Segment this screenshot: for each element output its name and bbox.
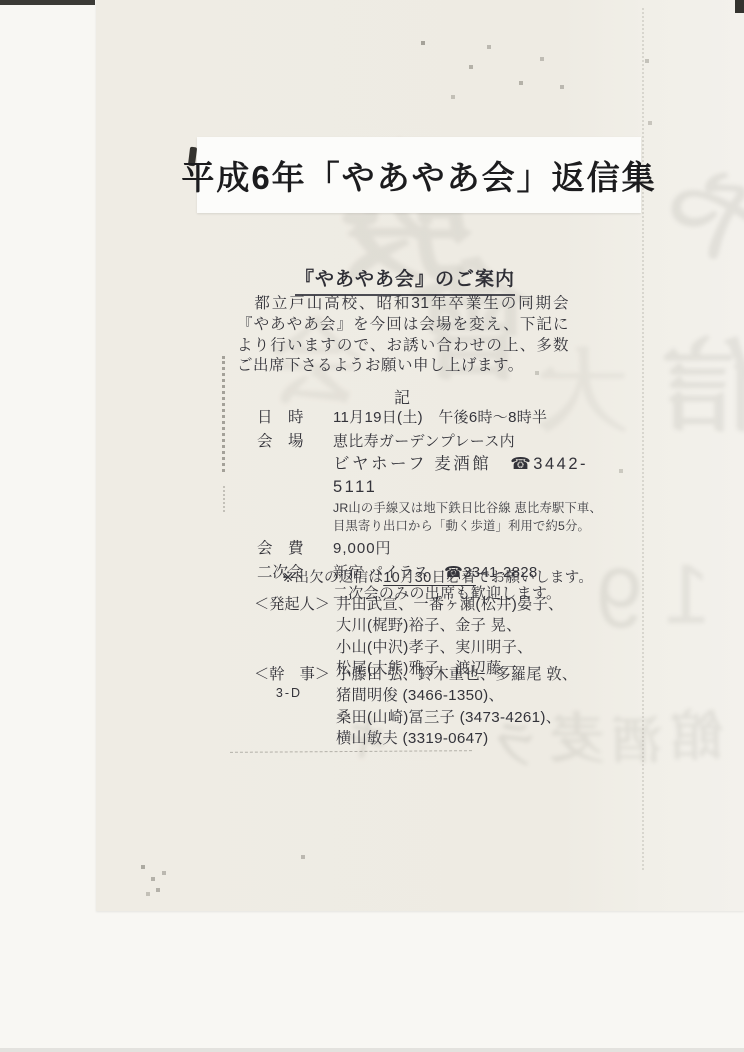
detail-row-fee: 会 費 9,000円 [257, 538, 607, 559]
copy-dot-streak [642, 8, 644, 870]
secretaries-block: ＜幹 事＞ 3-D 小藤田 弘、鈴木重也、多羅尾 敦、 猪間明俊 (3466-1… [254, 664, 577, 750]
detail-line-access: JR山の手線又は地下鉄日比谷線 恵比寿駅下車、 [333, 500, 607, 518]
scanner-edge-bar-top-left [0, 0, 95, 5]
detail-row-venue: 会 場 恵比寿ガーデンプレース内 ビヤホーフ 麦酒館 ☎3442-5111 JR… [257, 431, 607, 535]
detail-line-access: 目黒寄り出口から「動く歩道」利用で約5分。 [333, 518, 607, 536]
organizer-line: 井田武宣、一番ヶ瀬(松井)晏子、 [336, 594, 564, 615]
dust-speckles [0, 0, 2, 2]
detail-line: 11月19日(土) 午後6時～8時半 [333, 407, 607, 428]
document-title: 平成6年「やあやあ会」返信集 [181, 152, 656, 199]
reply-note-suffix: でお願いします。 [476, 570, 593, 586]
secretaries-class-tag: 3-D [254, 683, 324, 704]
notice-body: 都立戸山高校、昭和31年卒業生の同期会『やあやあ会』を今回は会場を変え、下記によ… [237, 294, 569, 377]
notice-heading: 『やあやあ会』のご案内 [295, 264, 515, 296]
secretaries-label-text: ＜幹 事＞ [254, 666, 330, 683]
scanner-edge-bar-bottom [0, 1048, 744, 1052]
reply-note-deadline: 10月30日必着 [383, 570, 476, 586]
secretaries-label: ＜幹 事＞ 3-D [254, 664, 336, 750]
secretary-line: 桑田(山崎)冨三子 (3473-4261)、 [336, 707, 577, 728]
scanned-page: 發 會 会 や 信 大 9 1 キ ラ 麦 酒 館 平成6年「やあやあ会」返信集… [0, 0, 744, 1052]
detail-line-venue-name: ビヤホーフ 麦酒館 ☎3442-5111 [333, 453, 607, 499]
detail-label: 会 場 [257, 431, 333, 535]
record-marker: 記 [237, 385, 569, 408]
title-strip: 平成6年「やあやあ会」返信集 [197, 137, 641, 213]
reply-deadline-note: ※出欠の返信は10月30日必着でお願いします。 [282, 566, 593, 587]
notice-heading-wrap: 『やあやあ会』のご案内 [237, 264, 573, 296]
secretary-line: 横山敏夫 (3319-0647) [336, 728, 577, 749]
reply-note-prefix: ※出欠の返信は [282, 570, 383, 586]
scanner-edge-bar-top-right [735, 0, 744, 13]
organizer-line: 小山(中沢)孝子、実川明子、 [336, 637, 564, 658]
secretary-line: 小藤田 弘、鈴木重也、多羅尾 敦、 [336, 664, 577, 685]
detail-label: 日 時 [257, 407, 333, 428]
detail-label: 会 費 [257, 538, 333, 559]
organizer-line: 大川(梶野)裕子、金子 晃、 [336, 615, 564, 636]
margin-annotation-marks [222, 356, 225, 472]
detail-line: 9,000円 [333, 538, 607, 559]
detail-line: 恵比寿ガーデンプレース内 [333, 431, 607, 452]
margin-annotation-marks [223, 486, 225, 512]
secretary-line: 猪間明俊 (3466-1350)、 [336, 685, 577, 706]
detail-row-datetime: 日 時 11月19日(土) 午後6時～8時半 [257, 407, 607, 428]
